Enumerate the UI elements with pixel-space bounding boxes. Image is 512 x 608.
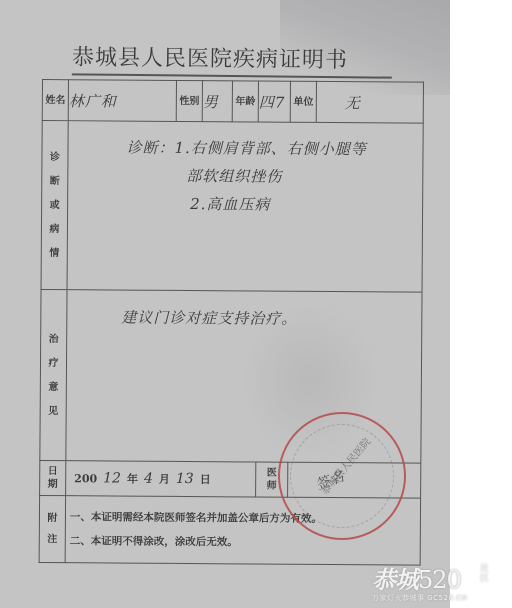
site-watermark: 恭城520 社区 万家灯火恭城事 GC520.CN — [372, 560, 512, 603]
treatment-label: 治 疗 意 见 — [40, 289, 67, 460]
document-title: 恭城县人民医院疾病证明书 — [72, 40, 392, 78]
patient-info-row: 姓名 林广和 性别 男 年龄 四7 单位 无 — [42, 80, 423, 124]
watermark-tagline: 万家灯火恭城事 GC520.CN — [372, 593, 512, 603]
diagnosis-text: 诊断：1.右侧肩背部、右侧小腿等 部软组织挫伤 2.高血压病 — [67, 121, 423, 292]
watermark-side-text: 社区 — [480, 564, 490, 584]
unit-value: 无 — [316, 81, 423, 123]
gender-label: 性别 — [176, 80, 202, 121]
gender-value: 男 — [202, 81, 232, 122]
unit-label: 单位 — [290, 81, 316, 122]
name-label: 姓名 — [42, 80, 68, 121]
name-value: 林广和 — [68, 80, 176, 122]
age-value: 四7 — [258, 81, 290, 122]
watermark-logo: 恭城520 — [372, 560, 512, 595]
date-label: 日 期 — [40, 460, 66, 495]
document-photo: 恭城县人民医院疾病证明书 姓名 林广和 性别 男 年龄 四7 单位 无 诊 断 … — [0, 0, 450, 608]
date-value: 20012年4月13日 — [66, 461, 256, 497]
diagnosis-row: 诊 断 或 病 情 诊断：1.右侧肩背部、右侧小腿等 部软组织挫伤 2.高血压病 — [41, 121, 423, 293]
notes-label: 附 注 — [39, 495, 65, 562]
diagnosis-label: 诊 断 或 病 情 — [41, 121, 68, 290]
age-label: 年龄 — [232, 81, 258, 122]
